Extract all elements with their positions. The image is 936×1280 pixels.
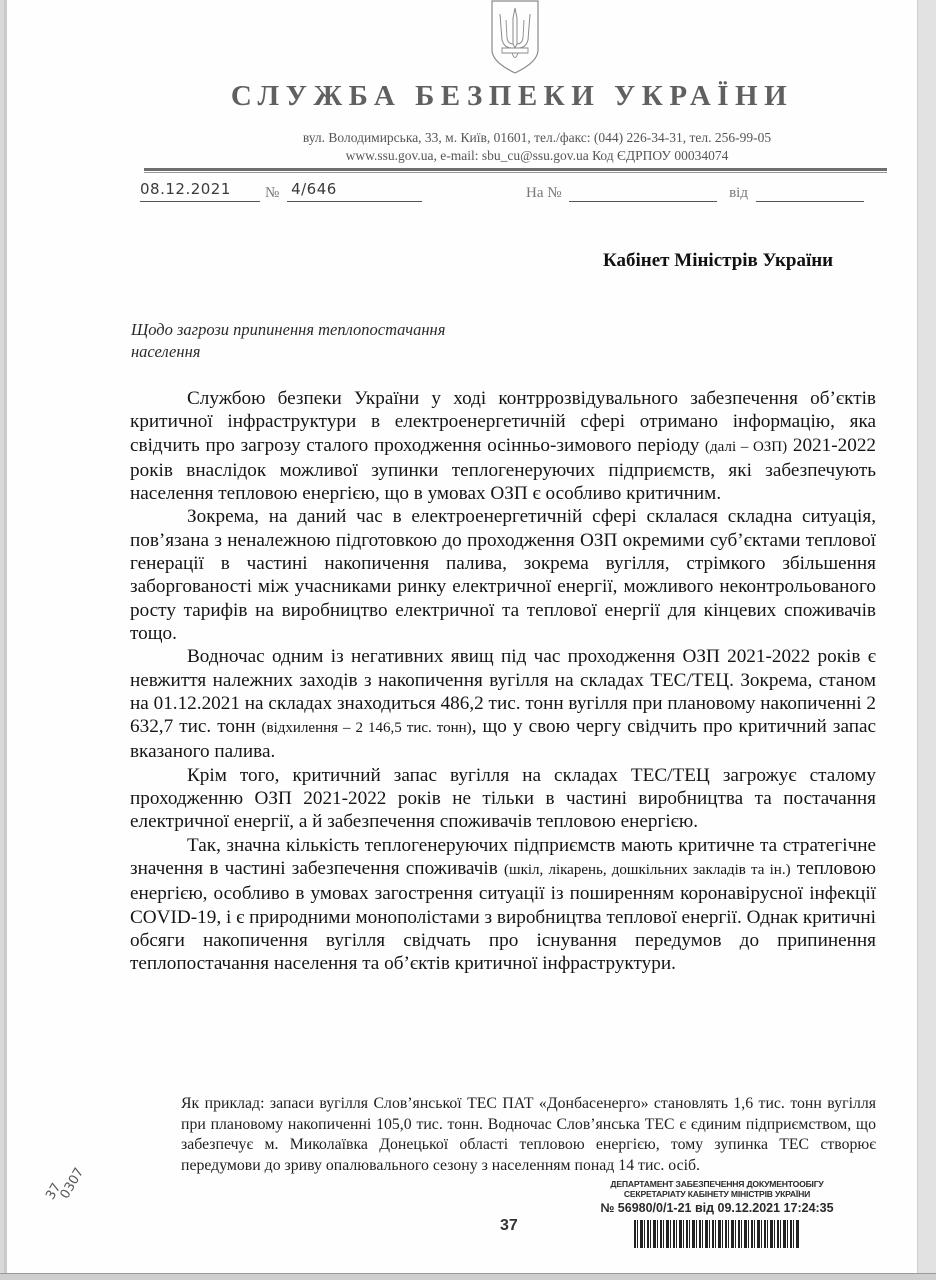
organization-title: СЛУЖБА БЕЗПЕКИ УКРАЇНИ: [7, 80, 936, 113]
subject-line-1: Щодо загрози припинення теплопостачання: [131, 319, 445, 341]
organization-address: вул. Володимирська, 33, м. Київ, 01601, …: [7, 130, 936, 146]
registration-number: 4/646: [291, 180, 337, 198]
receipt-stamp: ДЕПАРТАМЕНТ ЗАБЕЗПЕЧЕННЯ ДОКУМЕНТООБІГУ …: [567, 1180, 867, 1248]
subject-line-2: населення: [131, 341, 445, 363]
trident-emblem-icon: [490, 0, 540, 74]
reply-to-label: На №: [526, 185, 562, 201]
page-number: 37: [500, 1217, 518, 1235]
registration-date: 08.12.2021: [140, 180, 231, 198]
from-label: від: [729, 185, 748, 201]
letterhead-divider: [144, 168, 887, 173]
reply-to-field: На № від: [526, 180, 864, 202]
body-paragraph-1: Службою безпеки України у ході контррозв…: [130, 387, 876, 505]
handwritten-margin-note: 37 0307: [45, 1160, 86, 1208]
barcode-icon: [634, 1220, 800, 1248]
stamp-registration-number: № 56980/0/1-21 від 09.12.2021 17:24:35: [567, 1200, 867, 1216]
stamp-secretariat: СЕКРЕТАРІАТУ КАБІНЕТУ МІНІСТРІВ УКРАЇНИ: [567, 1190, 867, 1200]
addressee: Кабінет Міністрів України: [603, 250, 833, 272]
reply-to-value: [569, 180, 717, 202]
body-paragraph-4: Крім того, критичний запас вугілля на ск…: [130, 764, 876, 834]
number-label: №: [265, 185, 279, 201]
registration-date-field: 08.12.2021: [140, 180, 260, 202]
letter-body: Службою безпеки України у ході контррозв…: [130, 387, 876, 975]
body-paragraph-2: Зокрема, на даний час в електроенергетич…: [130, 505, 876, 645]
body-paragraph-3: Водночас одним із негативних явищ під ча…: [130, 645, 876, 763]
scan-right-margin: [917, 0, 936, 1280]
body-paragraph-5: Так, значна кількість теплогенеруючих пі…: [130, 834, 876, 976]
document-page: СЛУЖБА БЕЗПЕКИ УКРАЇНИ вул. Володимирськ…: [4, 0, 917, 1273]
organization-contacts: www.ssu.gov.ua, e-mail: sbu_cu@ssu.gov.u…: [7, 148, 936, 164]
registration-number-field: № 4/646: [265, 180, 422, 202]
from-value: [756, 180, 864, 202]
scan-bottom-margin: [0, 1273, 936, 1280]
example-paragraph: Як приклад: запаси вугілля Слов’янської …: [181, 1094, 876, 1176]
letter-subject: Щодо загрози припинення теплопостачання …: [131, 319, 445, 363]
